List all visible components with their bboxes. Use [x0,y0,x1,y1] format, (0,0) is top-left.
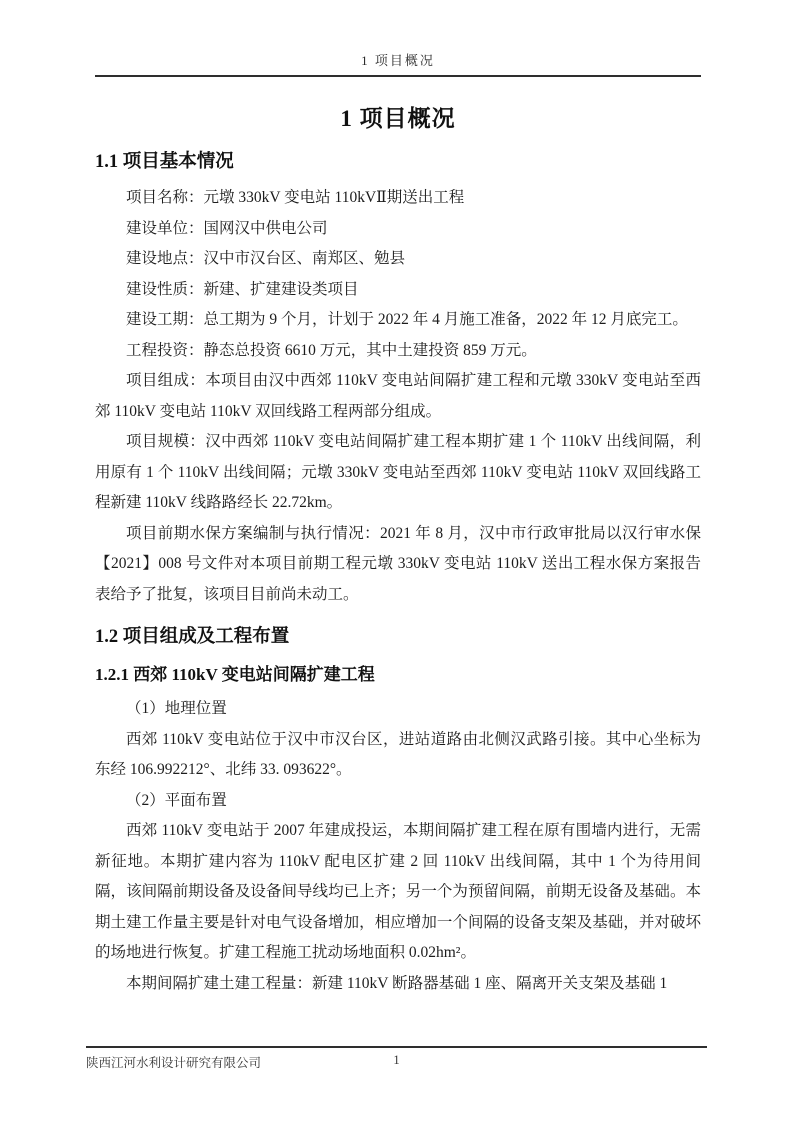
page-footer: 陕西江河水利设计研究有限公司 1 [86,1046,707,1071]
section-heading: 1.1 项目基本情况 [95,149,701,175]
paragraph: 建设单位：国网汉中供电公司 [95,214,701,245]
paragraph: （1）地理位置 [95,694,701,725]
paragraph: 建设地点：汉中市汉台区、南郑区、勉县 [95,244,701,275]
section-heading: 1.2 项目组成及工程布置 [95,624,701,650]
document-page: 1 项目概况 1 项目概况 1.1 项目基本情况项目名称：元墩 330kV 变电… [0,0,793,1122]
paragraph: 西郊 110kV 变电站于 2007 年建成投运，本期间隔扩建工程在原有围墙内进… [95,816,701,969]
paragraph: 西郊 110kV 变电站位于汉中市汉台区，进站道路由北侧汉武路引接。其中心坐标为… [95,725,701,786]
paragraph: 建设工期：总工期为 9 个月，计划于 2022 年 4 月施工准备，2022 年… [95,305,701,336]
paragraph: （2）平面布置 [95,786,701,817]
paragraph: 项目名称：元墩 330kV 变电站 110kVⅡ期送出工程 [95,183,701,214]
paragraph: 项目前期水保方案编制与执行情况：2021 年 8 月，汉中市行政审批局以汉行审水… [95,519,701,611]
page-title: 1 项目概况 [95,103,701,135]
section-heading: 1.2.1 西郊 110kV 变电站间隔扩建工程 [95,662,701,688]
paragraph: 项目规模：汉中西郊 110kV 变电站间隔扩建工程本期扩建 1 个 110kV … [95,427,701,519]
footer-page-number: 1 [86,1053,707,1068]
page-header-running-title: 1 项目概况 [95,0,701,77]
paragraph: 项目组成：本项目由汉中西郊 110kV 变电站间隔扩建工程和元墩 330kV 变… [95,366,701,427]
paragraph: 本期间隔扩建土建工程量：新建 110kV 断路器基础 1 座、隔离开关支架及基础… [95,969,701,1000]
document-body: 1.1 项目基本情况项目名称：元墩 330kV 变电站 110kVⅡ期送出工程建… [95,149,701,999]
paragraph: 建设性质：新建、扩建建设类项目 [95,275,701,306]
paragraph: 工程投资：静态总投资 6610 万元，其中土建投资 859 万元。 [95,336,701,367]
